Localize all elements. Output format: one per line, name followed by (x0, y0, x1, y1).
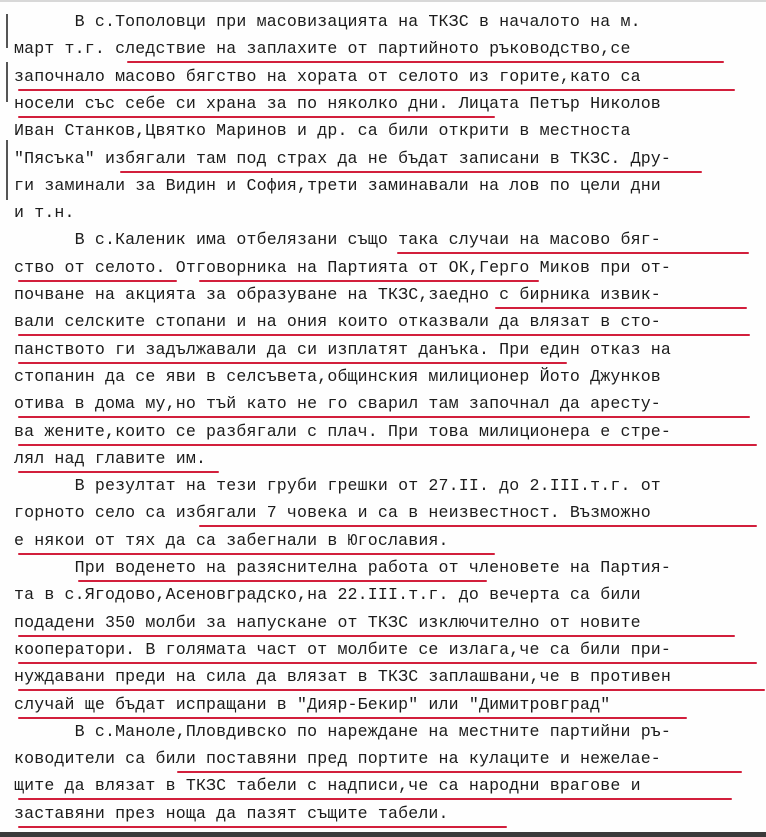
text-line: вали селските стопани и на ония които от… (14, 312, 661, 336)
text-line: носели със себе си храна за по няколко д… (14, 94, 661, 118)
underline-mark (397, 252, 749, 254)
text-line: почване на акцията за образуване на ТКЗС… (14, 285, 661, 309)
text-line: заставяни през ноща да пазят същите табе… (14, 804, 449, 828)
scan-bottom-edge (0, 832, 766, 837)
scan-top-edge (0, 0, 766, 2)
text-line: март т.г. следствие на заплахите от парт… (14, 39, 631, 63)
text-line: кооператори. В голямата част от молбите … (14, 640, 671, 664)
text-line: отива в дома му,но тъй като не го сварил… (14, 394, 661, 418)
underline-mark (18, 362, 567, 364)
text-line: започнало масово бягство на хората от се… (14, 67, 641, 91)
underline-mark (199, 525, 757, 527)
underline-mark (18, 444, 757, 446)
text-line: подадени 350 молби за напускане от ТКЗС … (14, 613, 641, 637)
underline-mark (18, 689, 765, 691)
underline-mark (78, 580, 487, 582)
underline-mark (177, 771, 742, 773)
underline-mark (18, 116, 495, 118)
text-line: и т.н. (14, 203, 75, 227)
underline-mark (18, 798, 732, 800)
underline-mark (199, 280, 539, 282)
text-line: лял над главите им. (14, 449, 206, 473)
text-line: щите да влязат в ТКЗС табели с надписи,ч… (14, 776, 641, 800)
underline-mark (120, 171, 702, 173)
text-line: В с.Маноле,Пловдивско по нареждане на ме… (14, 722, 671, 746)
underline-mark (18, 416, 750, 418)
text-line: случай ще бъдат испращани в "Дияр-Бекир"… (14, 695, 610, 719)
text-line: В резултат на тези груби грешки от 27.II… (14, 476, 661, 500)
text-line: "Пясъка" избягали там под страх да не бъ… (14, 149, 671, 173)
text-line: нуждавани преди на сила да влязат в ТКЗС… (14, 667, 671, 691)
underline-mark (18, 280, 177, 282)
margin-mark (6, 14, 8, 48)
document-page: В с.Тополовци при масовизацията на ТКЗС … (0, 0, 766, 837)
text-line: ги заминали за Видин и София,трети замин… (14, 176, 661, 200)
text-line: В с.Тополовци при масовизацията на ТКЗС … (14, 12, 641, 36)
underline-mark (18, 717, 687, 719)
text-line: В с.Каленик има отбелязани също така слу… (14, 230, 661, 254)
underline-mark (18, 553, 495, 555)
text-line: Иван Станков,Цвятко Маринов и др. са бил… (14, 121, 631, 145)
text-line: та в с.Ягодово,Асеновградско,на 22.III.т… (14, 585, 641, 609)
text-line: При воденето на разяснителна работа от ч… (14, 558, 671, 582)
text-line: ство от селото. Отговорника на Партията … (14, 258, 671, 282)
margin-mark (6, 62, 8, 102)
underline-mark (18, 662, 757, 664)
underline-mark (18, 89, 735, 91)
underline-mark (18, 334, 750, 336)
underline-mark (18, 826, 507, 828)
text-line: ва жените,които се разбягали с плач. При… (14, 422, 671, 446)
text-line: е някои от тях да са забегнали в Югослав… (14, 531, 449, 555)
underline-mark (127, 61, 724, 63)
underline-mark (495, 307, 747, 309)
text-line: панството ги задължавали да си изплатят … (14, 340, 671, 364)
margin-mark (6, 140, 8, 200)
underline-mark (18, 635, 735, 637)
underline-mark (18, 471, 219, 473)
text-line: ководители са били поставяни пред портит… (14, 749, 661, 773)
text-line: стопанин да се яви в селсъвета,общинския… (14, 367, 661, 391)
text-line: горното село са избягали 7 човека и са в… (14, 503, 651, 527)
